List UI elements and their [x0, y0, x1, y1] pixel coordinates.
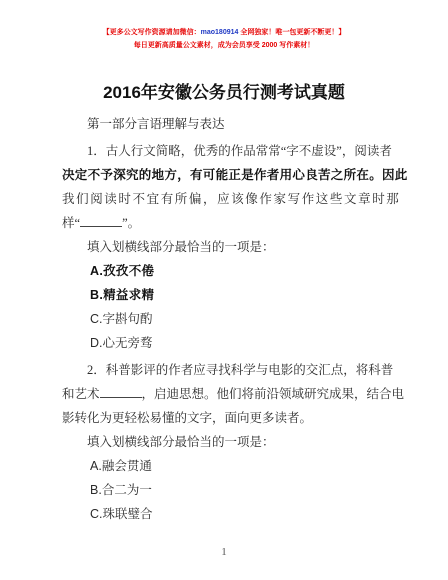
option-label: A. — [90, 264, 103, 278]
blank-underline — [80, 214, 122, 227]
promo-line-1: 【更多公文写作资源请加微信：mao180914 全网独家！唯一包更新不断更！】 — [0, 26, 448, 39]
option-text: 字斟句酌 — [103, 312, 153, 326]
option-b: B.精益求精 — [62, 283, 388, 307]
page-number: 1 — [0, 546, 448, 558]
option-text: 融会贯通 — [102, 459, 152, 473]
question-2: 2．科普影评的作者应寻找科学与电影的交汇点，将科普 和艺术，启迪思想。他们将前沿… — [62, 358, 388, 430]
option-text: 精益求精 — [103, 288, 154, 302]
option-c: C.字斟句酌 — [62, 307, 388, 331]
question-1-line-1: 1．古人行文简略，优秀的作品常常“字不虚设”，阅读者 — [62, 139, 388, 163]
option-text: 心无旁骛 — [103, 336, 153, 350]
blank-post-text: ，启迪思想。他们将前沿领域研究成果，结合电 — [142, 387, 405, 401]
option-text: 合二为一 — [102, 483, 152, 497]
option-label: D. — [90, 336, 103, 350]
question-2-line-2: 和艺术，启迪思想。他们将前沿领域研究成果，结合电 — [62, 382, 388, 406]
question-2-line-1: 2．科普影评的作者应寻找科学与电影的交汇点，将科普 — [62, 358, 388, 382]
promo-line-2: 每日更新高质量公文素材，成为会员享受 2000 写作素材！ — [0, 39, 448, 52]
page-title: 2016年安徽公务员行测考试真题 — [0, 82, 448, 104]
wechat-id: mao180914 — [201, 29, 239, 36]
blank-underline — [100, 385, 142, 398]
question-2-line-3: 影转化为更轻松易懂的文字，面向更多读者。 — [62, 406, 388, 430]
option-c: C.珠联璧合 — [62, 502, 388, 526]
blank-pre-text: 样“ — [62, 216, 80, 230]
question-1-prompt: 填入划横线部分最恰当的一项是： — [62, 235, 388, 259]
option-text: 孜孜不倦 — [103, 264, 154, 278]
option-label: A. — [90, 459, 102, 473]
document-page: 【更多公文写作资源请加微信：mao180914 全网独家！唯一包更新不断更！】 … — [0, 26, 448, 526]
document-body: 第一部分言语理解与表达 1．古人行文简略，优秀的作品常常“字不虚设”，阅读者 决… — [0, 113, 448, 526]
question-1-line-3: 我们阅读时不宜有所偏，应该像作家写作这些文章时那 — [62, 187, 388, 211]
option-label: C. — [90, 312, 103, 326]
option-label: B. — [90, 288, 103, 302]
question-1-line-4: 样“”。 — [62, 211, 388, 235]
blank-pre-text: 和艺术 — [62, 387, 100, 401]
option-b: B.合二为一 — [62, 478, 388, 502]
promo-text-suffix: 全网独家！唯一包更新不断更！】 — [238, 29, 345, 36]
option-a: A.融会贯通 — [62, 454, 388, 478]
question-1: 1．古人行文简略，优秀的作品常常“字不虚设”，阅读者 决定不予深究的地方，有可能… — [62, 139, 388, 235]
promo-text-prefix: 【更多公文写作资源请加微信： — [103, 29, 201, 36]
option-label: C. — [90, 507, 103, 521]
question-1-line-2: 决定不予深究的地方，有可能正是作者用心良苦之所在。因此 — [62, 163, 388, 187]
option-label: B. — [90, 483, 102, 497]
promo-banner: 【更多公文写作资源请加微信：mao180914 全网独家！唯一包更新不断更！】 … — [0, 26, 448, 52]
question-1-options: A.孜孜不倦 B.精益求精 C.字斟句酌 D.心无旁骛 — [62, 259, 388, 355]
option-a: A.孜孜不倦 — [62, 259, 388, 283]
blank-post-text: ”。 — [122, 216, 140, 230]
section-heading: 第一部分言语理解与表达 — [62, 113, 388, 136]
question-2-options: A.融会贯通 B.合二为一 C.珠联璧合 — [62, 454, 388, 526]
question-2-prompt: 填入划横线部分最恰当的一项是： — [62, 430, 388, 454]
option-text: 珠联璧合 — [103, 507, 153, 521]
option-d: D.心无旁骛 — [62, 331, 388, 355]
